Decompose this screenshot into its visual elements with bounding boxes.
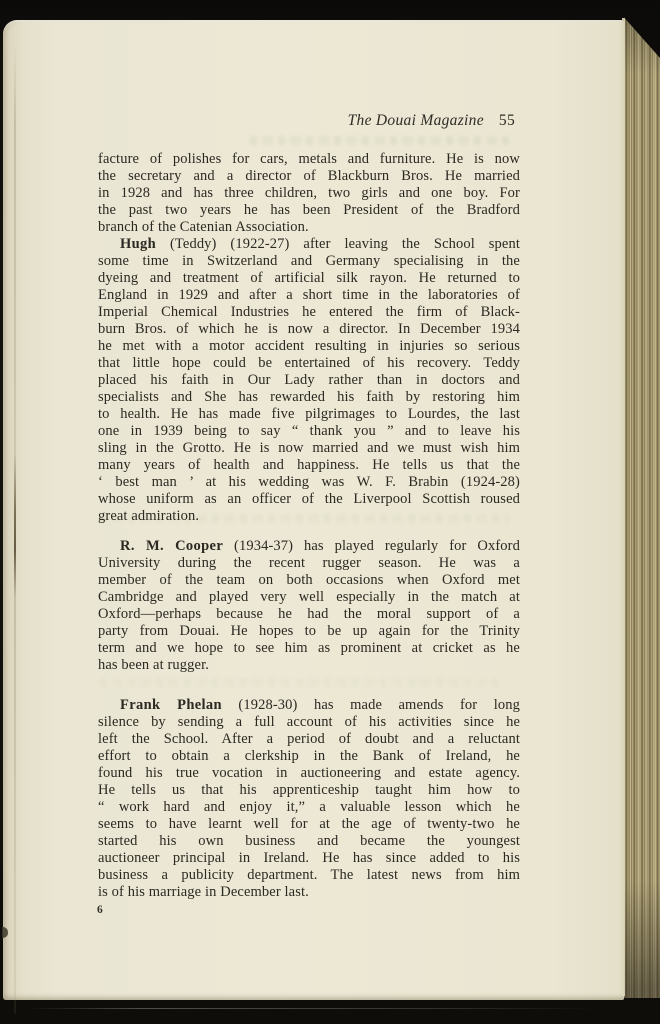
text-line: has been at rugger.: [98, 657, 520, 674]
paragraph: Frank Phelan (1928-30) has made amends f…: [98, 697, 520, 901]
text-line: seems to have learnt well for at the age…: [98, 816, 520, 833]
text-line: left the School. After a period of doubt…: [98, 731, 520, 748]
text-line: one in 1939 being to say “ thank you ” a…: [98, 423, 520, 440]
entry-name: Frank Phelan: [120, 697, 222, 713]
text-line: business a publicity department. The lat…: [98, 867, 520, 884]
text-line: party from Douai. He hopes to be up agai…: [98, 623, 520, 640]
text-line: started his own business and became the …: [98, 833, 520, 850]
text-line: the past two years he has been President…: [98, 202, 520, 219]
text-line: He tells us that his apprenticeship taug…: [98, 782, 520, 799]
book-fore-edge-pages: [624, 16, 660, 998]
text-line: facture of polishes for cars, metals and…: [98, 151, 520, 168]
gutter-crease: [14, 46, 16, 1014]
text-line: England in 1929 and after a short time i…: [98, 287, 520, 304]
text-line: ‘ best man ’ at his wedding was W. F. Br…: [98, 474, 520, 491]
text-line: dyeing and treatment of artificial silk …: [98, 270, 520, 287]
text-line: to health. He has made five pilgrimages …: [98, 406, 520, 423]
text-line: some time in Switzerland and Germany spe…: [98, 253, 520, 270]
entry-name: R. M. Cooper: [120, 538, 223, 554]
text-line: Cambridge and played very well especiall…: [98, 589, 520, 606]
text-line: many years of health and happiness. He t…: [98, 457, 520, 474]
text-line: effort to obtain a clerkship in the Bank…: [98, 748, 520, 765]
paragraph: Hugh (Teddy) (1922-27) after leaving the…: [98, 236, 520, 525]
magazine-title: The Douai Magazine: [348, 112, 484, 129]
signature-mark: 6: [97, 904, 103, 916]
text-line: term and we hope to see him as prominent…: [98, 640, 520, 657]
text-line: R. M. Cooper (1934-37) has played regula…: [98, 538, 520, 555]
text-line: found his true vocation in auctioneering…: [98, 765, 520, 782]
text-line: Frank Phelan (1928-30) has made amends f…: [98, 697, 520, 714]
text-line: in 1928 and has three children, two girl…: [98, 185, 520, 202]
text-line: “ work hard and enjoy it,” a valuable le…: [98, 799, 520, 816]
paragraph: facture of polishes for cars, metals and…: [98, 151, 520, 236]
text-line: Imperial Chemical Industries he entered …: [98, 304, 520, 321]
cover-scratch: [28, 1008, 598, 1009]
running-head: The Douai Magazine55: [95, 111, 515, 130]
paragraph: R. M. Cooper (1934-37) has played regula…: [98, 538, 520, 674]
text-line: member of the team on both occasions whe…: [98, 572, 520, 589]
text-line: that little hope could be entertained of…: [98, 355, 520, 372]
text-line: whose uniform as an officer of the Liver…: [98, 491, 520, 508]
text-line: Hugh (Teddy) (1922-27) after leaving the…: [98, 236, 520, 253]
text-line: Oxford—perhaps because he had the moral …: [98, 606, 520, 623]
page-number: 55: [499, 112, 515, 129]
text-line: silence by sending a full account of his…: [98, 714, 520, 731]
text-line: sling in the Grotto. He is now married a…: [98, 440, 520, 457]
book-photo-scene: The Douai Magazine55 facture of polishes…: [0, 0, 660, 1024]
text-line: the secretary and a director of Blackbur…: [98, 168, 520, 185]
text-line: great admiration.: [98, 508, 520, 525]
text-block: facture of polishes for cars, metals and…: [98, 151, 520, 901]
text-line: specialists and She has rewarded his fai…: [98, 389, 520, 406]
fore-edge-highlight: [622, 18, 625, 996]
text-line: is of his marriage in December last.: [98, 884, 520, 901]
text-line: burn Bros. of which he is now a director…: [98, 321, 520, 338]
text-line: placed his faith in Our Lady rather than…: [98, 372, 520, 389]
text-line: auctioneer principal in Ireland. He has …: [98, 850, 520, 867]
text-line: he met with a motor accident resulting i…: [98, 338, 520, 355]
entry-name: Hugh: [120, 236, 156, 252]
text-line: branch of the Catenian Association.: [98, 219, 520, 236]
text-line: University during the recent rugger seas…: [98, 555, 520, 572]
